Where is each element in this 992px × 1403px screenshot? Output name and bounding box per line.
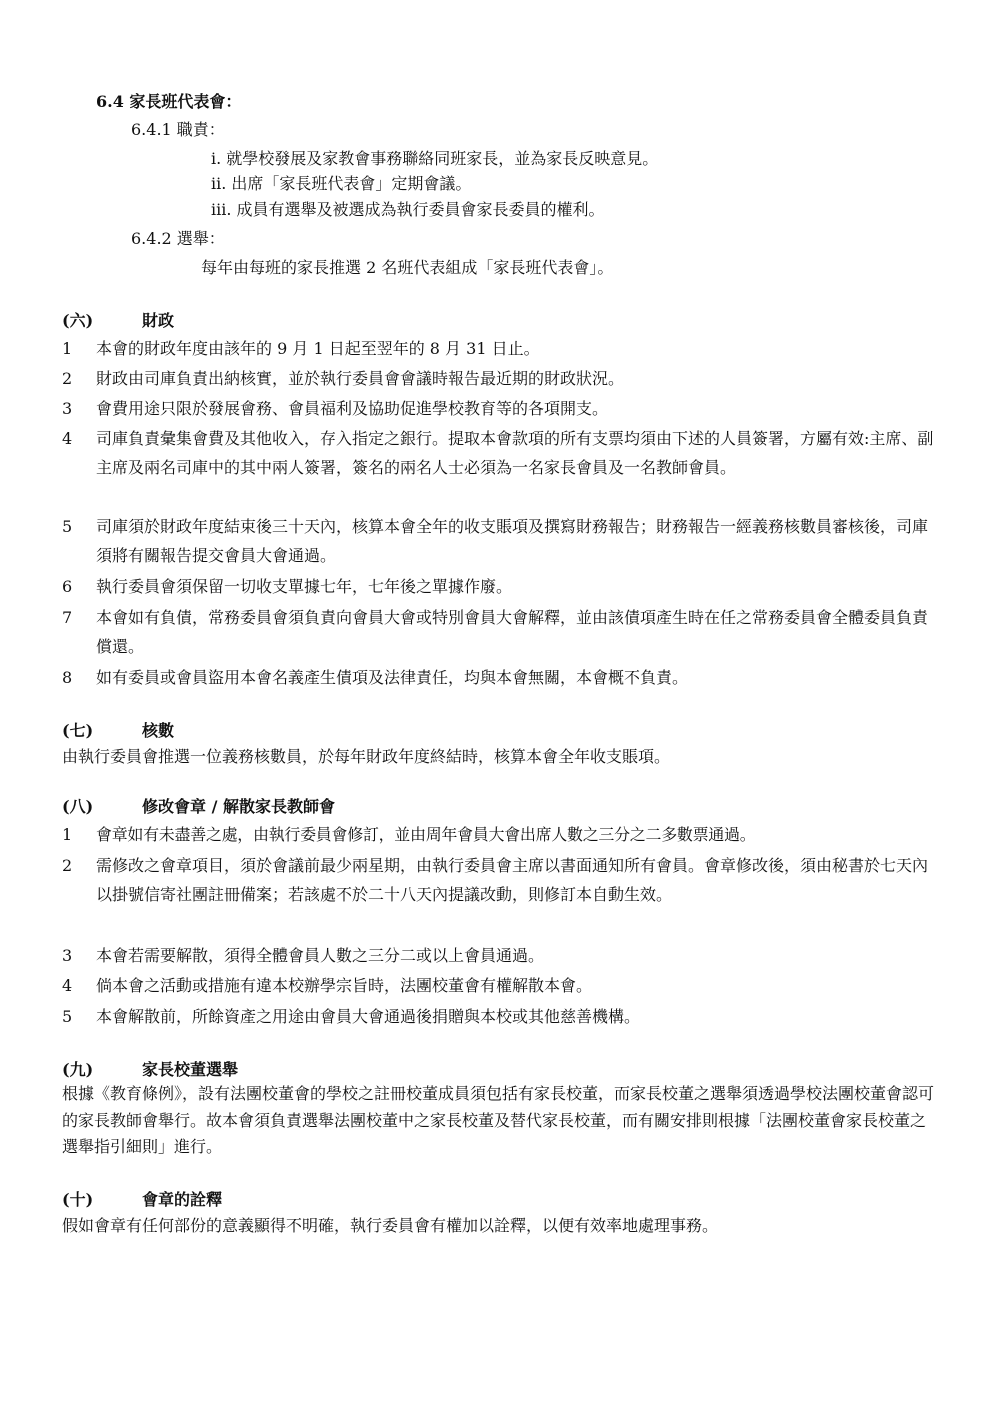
section-title: 家長校董選舉: [142, 1060, 238, 1079]
section-title: 財政: [142, 311, 174, 330]
section-number: (六): [62, 309, 142, 333]
list-item: 6執行委員會須保留一切收支單據七年，七年後之單據作廢。: [62, 572, 934, 601]
section-title: 核數: [142, 721, 174, 740]
list-item: 4倘本會之活動或措施有違本校辦學宗旨時，法團校董會有權解散本會。: [62, 971, 934, 1000]
duty-item: iii. 成員有選舉及被選成為執行委員會家長委員的權利。: [211, 198, 605, 222]
section-number: (九): [62, 1058, 142, 1082]
section-number: (八): [62, 795, 142, 819]
list-item: 1本會的財政年度由該年的 9 月 1 日起至翌年的 8 月 31 日止。: [62, 334, 934, 363]
section-number: (十): [62, 1188, 142, 1212]
list-item: 3會費用途只限於發展會務、會員福利及協助促進學校教育等的各項開支。: [62, 394, 934, 423]
section-paragraph: 假如會章有任何部份的意義顯得不明確，執行委員會有權加以詮釋，以便有效率地處理事務…: [62, 1213, 934, 1240]
list-item: 7本會如有負債，常務委員會須負責向會員大會或特別會員大會解釋，並由該債項產生時在…: [62, 603, 934, 661]
section-heading-finance: (六)財政: [62, 309, 174, 333]
list-item: 1會章如有未盡善之處，由執行委員會修訂，並由周年會員大會出席人數之三分之二多數票…: [62, 820, 934, 849]
section-heading-parent-manager: (九)家長校董選舉: [62, 1058, 238, 1082]
subsection-label-6-4-2: 6.4.2 選舉：: [131, 227, 225, 251]
section-heading-amendment: (八)修改會章 / 解散家長教師會: [62, 795, 335, 819]
section-heading-audit: (七)核數: [62, 719, 174, 743]
section-number: (七): [62, 719, 142, 743]
list-item: 5司庫須於財政年度結束後三十天內，核算本會全年的收支賬項及撰寫財務報告；財務報告…: [62, 512, 934, 570]
list-item: 2需修改之會章項目，須於會議前最少兩星期，由執行委員會主席以書面通知所有會員。會…: [62, 851, 934, 909]
subsection-heading-6-4: 6.4 家長班代表會：: [96, 90, 241, 114]
section-title: 會章的詮釋: [142, 1190, 222, 1209]
election-text: 每年由每班的家長推選 2 名班代表組成「家長班代表會」。: [201, 256, 613, 280]
duty-item: ii. 出席「家長班代表會」定期會議。: [211, 172, 471, 196]
subsection-label-6-4-1: 6.4.1 職責：: [131, 118, 225, 142]
list-item: 4司庫負責彙集會費及其他收入，存入指定之銀行。提取本會款項的所有支票均須由下述的…: [62, 424, 934, 482]
list-item: 5本會解散前，所餘資產之用途由會員大會通過後捐贈與本校或其他慈善機構。: [62, 1002, 934, 1031]
section-title: 修改會章 / 解散家長教師會: [142, 797, 335, 816]
section-heading-interpretation: (十)會章的詮釋: [62, 1188, 222, 1212]
section-paragraph: 根據《教育條例》，設有法團校董會的學校之註冊校董成員須包括有家長校董，而家長校董…: [62, 1081, 934, 1161]
duty-item: i. 就學校發展及家教會事務聯絡同班家長，並為家長反映意見。: [211, 147, 658, 171]
list-item: 3本會若需要解散，須得全體會員人數之三分二或以上會員通過。: [62, 941, 934, 970]
list-item: 2財政由司庫負責出納核實，並於執行委員會會議時報告最近期的財政狀況。: [62, 364, 934, 393]
list-item: 8如有委員或會員盜用本會名義產生債項及法律責任，均與本會無關，本會概不負責。: [62, 663, 934, 692]
section-paragraph: 由執行委員會推選一位義務核數員，於每年財政年度終結時，核算本會全年收支賬項。: [62, 744, 934, 771]
